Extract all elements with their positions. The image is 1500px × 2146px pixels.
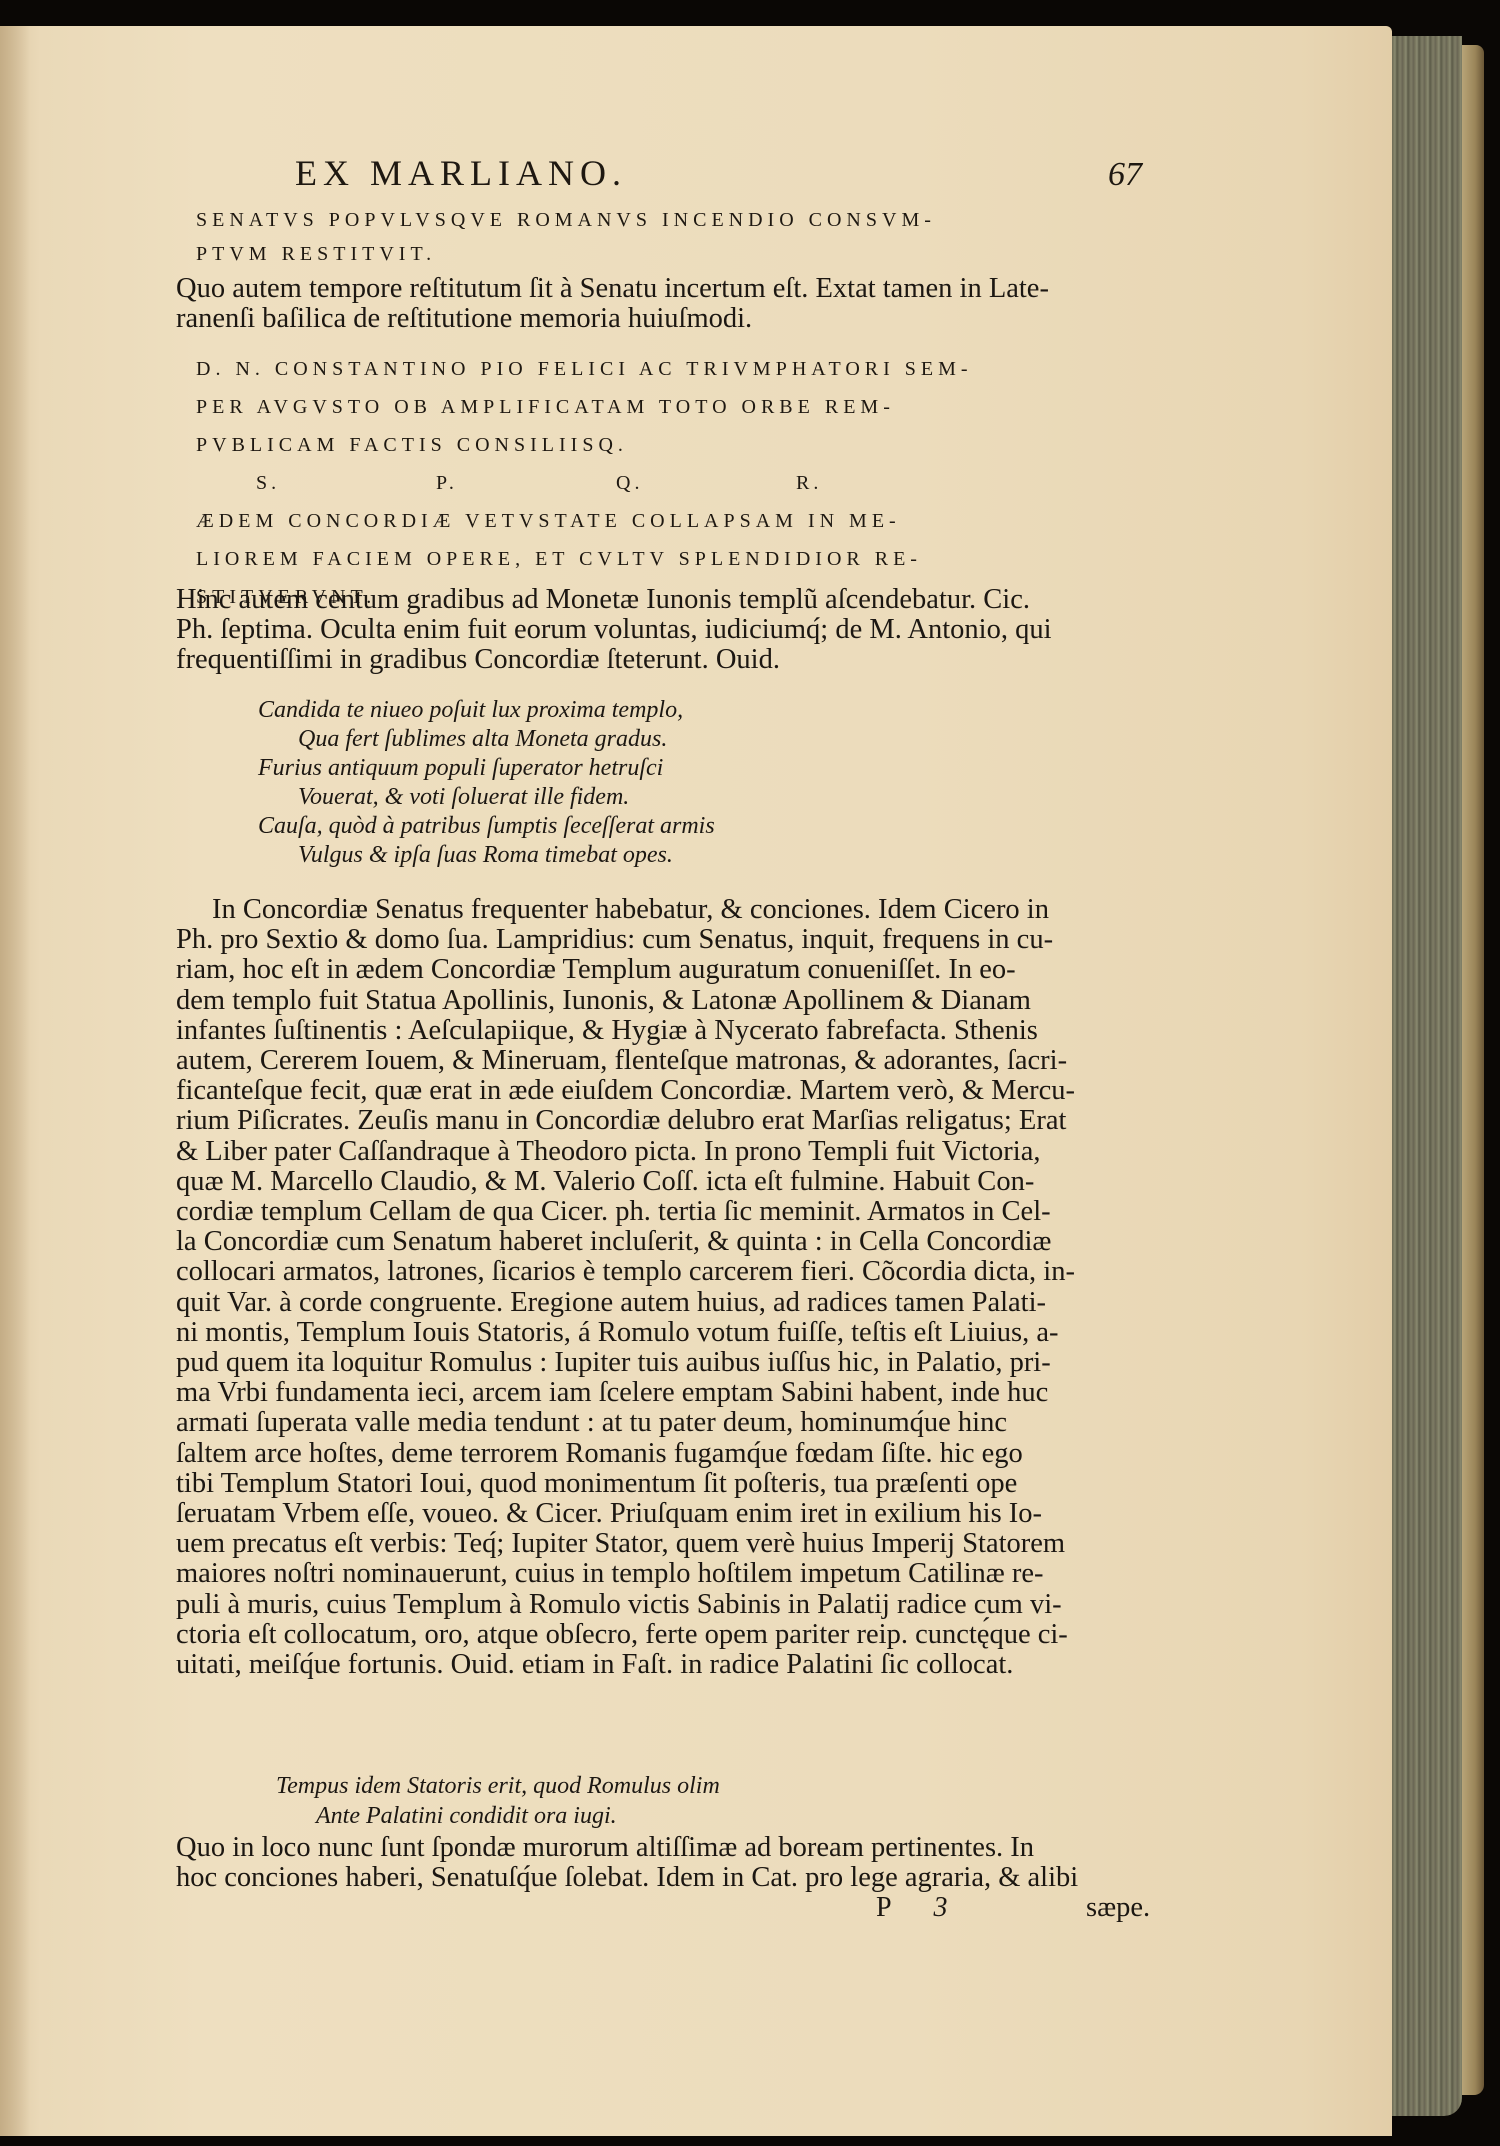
text-line: la Concordiæ cum Senatum haberet incluſe… bbox=[176, 1227, 1166, 1257]
text-line: quæ M. Marcello Claudio, & M. Valerio Co… bbox=[176, 1167, 1166, 1197]
text-line: tibi Templum Statori Ioui, quod moniment… bbox=[176, 1469, 1166, 1499]
text-line: ni montis, Templum Iouis Statoris, á Rom… bbox=[176, 1318, 1166, 1348]
text-line: dem templo fuit Statua Apollinis, Iunoni… bbox=[176, 986, 1166, 1016]
text-line: In Concordiæ Senatus frequenter habebatu… bbox=[176, 895, 1166, 925]
inscription-line: LIOREM FACIEM OPERE, ET CVLTV SPLENDIDIO… bbox=[196, 540, 1146, 578]
text-line: collocari armatos, latrones, ſicarios è … bbox=[176, 1257, 1166, 1287]
inscription-line: PVBLICAM FACTIS CONSILIISQ. bbox=[196, 426, 1146, 464]
inscription-line: PER AVGVSTO OB AMPLIFICATAM TOTO ORBE RE… bbox=[196, 388, 1146, 426]
text-line: armati ſuperata valle media tendunt : at… bbox=[176, 1408, 1166, 1438]
text-line: ranenſi baſilica de reſtitutione memoria… bbox=[176, 304, 1146, 334]
inscription-senatus: SENATVS POPVLVSQVE ROMANVS INCENDIO CONS… bbox=[196, 203, 1146, 271]
text-line: ſeruatam Vrbem eſſe, voueo. & Cicer. Pri… bbox=[176, 1499, 1166, 1529]
verse-line: Qua fert ſublimes alta Moneta gradus. bbox=[258, 725, 958, 754]
signature-mark: P 3 bbox=[876, 1893, 948, 1923]
text-line: quit Var. à corde congruente. Eregione a… bbox=[176, 1288, 1166, 1318]
ovid-verse-1: Candida te niueo poſuit lux proxima temp… bbox=[258, 696, 958, 870]
book-cover-edge bbox=[1462, 45, 1484, 2095]
text-line: uem precatus eſt verbis: Teq́; Iupiter S… bbox=[176, 1529, 1166, 1559]
verse-line: Candida te niueo poſuit lux proxima temp… bbox=[258, 696, 958, 725]
inscription-line: PTVM RESTITVIT. bbox=[196, 237, 1146, 271]
running-head: EX MARLIANO. bbox=[295, 152, 627, 194]
spqr-q: Q. bbox=[616, 464, 796, 502]
ovid-verse-2: Tempus idem Statoris erit, quod Romulus … bbox=[276, 1771, 976, 1831]
inscription-constantine: D. N. CONSTANTINO PIO FELICI AC TRIVMPHA… bbox=[196, 350, 1146, 616]
text-line: rium Piſicrates. Zeuſis manu in Concordi… bbox=[176, 1106, 1166, 1136]
text-line: ſaltem arce hoſtes, deme terrorem Romani… bbox=[176, 1439, 1166, 1469]
verse-line: Ante Palatini condidit ora iugi. bbox=[276, 1801, 976, 1831]
verse-line: Furius antiquum populi ſuperator hetruſc… bbox=[258, 754, 958, 783]
signature-number: 3 bbox=[934, 1892, 948, 1923]
text-line: autem, Cererem Iouem, & Mineruam, flente… bbox=[176, 1046, 1166, 1076]
paragraph-4: Quo in loco nunc ſunt ſpondæ murorum alt… bbox=[176, 1833, 1166, 1893]
spqr-p: P. bbox=[436, 464, 616, 502]
verse-line: Tempus idem Statoris erit, quod Romulus … bbox=[276, 1771, 976, 1801]
page-number: 67 bbox=[1108, 156, 1142, 194]
text-line: puli à muris, cuius Templum à Romulo vic… bbox=[176, 1590, 1166, 1620]
paragraph-2: Hinc autem centum gradibus ad Monetæ Iun… bbox=[176, 585, 1166, 675]
text-line: riam, hoc eſt in ædem Concordiæ Templum … bbox=[176, 955, 1166, 985]
spqr-r: R. bbox=[796, 464, 976, 502]
text-line: hoc conciones haberi, Senatuſq́ue ſoleba… bbox=[176, 1863, 1166, 1893]
verse-line: Vulgus & ipſa ſuas Roma timebat opes. bbox=[258, 841, 958, 870]
catchword: sæpe. bbox=[1086, 1893, 1150, 1923]
text-line: Quo autem tempore reſtitutum ſit à Senat… bbox=[176, 274, 1146, 304]
text-line: frequentiſſimi in gradibus Concordiæ ſte… bbox=[176, 645, 1166, 675]
text-line: Quo in loco nunc ſunt ſpondæ murorum alt… bbox=[176, 1833, 1166, 1863]
text-line: cordiæ templum Cellam de qua Cicer. ph. … bbox=[176, 1197, 1166, 1227]
paragraph-1: Quo autem tempore reſtitutum ſit à Senat… bbox=[176, 274, 1146, 334]
inscription-line: ÆDEM CONCORDIÆ VETVSTATE COLLAPSAM IN ME… bbox=[196, 502, 1146, 540]
text-line: maiores noſtri nominauerunt, cuius in te… bbox=[176, 1559, 1166, 1589]
text-line: Ph. pro Sextio & domo ſua. Lampridius: c… bbox=[176, 925, 1166, 955]
text-line: infantes ſuſtinentis : Aeſculapiique, & … bbox=[176, 1016, 1166, 1046]
text-line: pud quem ita loquitur Romulus : Iupiter … bbox=[176, 1348, 1166, 1378]
signature-letter: P bbox=[876, 1892, 891, 1923]
spqr-line: S. P. Q. R. bbox=[196, 464, 976, 502]
paragraph-3: In Concordiæ Senatus frequenter habebatu… bbox=[176, 895, 1166, 1680]
text-line: Hinc autem centum gradibus ad Monetæ Iun… bbox=[176, 585, 1166, 615]
inscription-line: SENATVS POPVLVSQVE ROMANVS INCENDIO CONS… bbox=[196, 203, 1146, 237]
spqr-s: S. bbox=[256, 464, 436, 502]
inscription-line: D. N. CONSTANTINO PIO FELICI AC TRIVMPHA… bbox=[196, 350, 1146, 388]
book-fore-edge bbox=[1392, 36, 1462, 2116]
verse-line: Vouerat, & voti ſoluerat ille fidem. bbox=[258, 783, 958, 812]
text-line: ma Vrbi fundamenta ieci, arcem iam ſcele… bbox=[176, 1378, 1166, 1408]
text-line: Ph. ſeptima. Oculta enim fuit eorum volu… bbox=[176, 615, 1166, 645]
text-line: uitati, meiſq́ue fortunis. Ouid. etiam i… bbox=[176, 1650, 1166, 1680]
verse-line: Cauſa, quòd à patribus ſumptis ſeceſſera… bbox=[258, 812, 958, 841]
text-line: ctoria eſt collocatum, oro, atque obſecr… bbox=[176, 1620, 1166, 1650]
text-line: ficanteſque fecit, quæ erat in æde eiuſd… bbox=[176, 1076, 1166, 1106]
text-line: & Liber pater Caſſandraque à Theodoro pi… bbox=[176, 1137, 1166, 1167]
